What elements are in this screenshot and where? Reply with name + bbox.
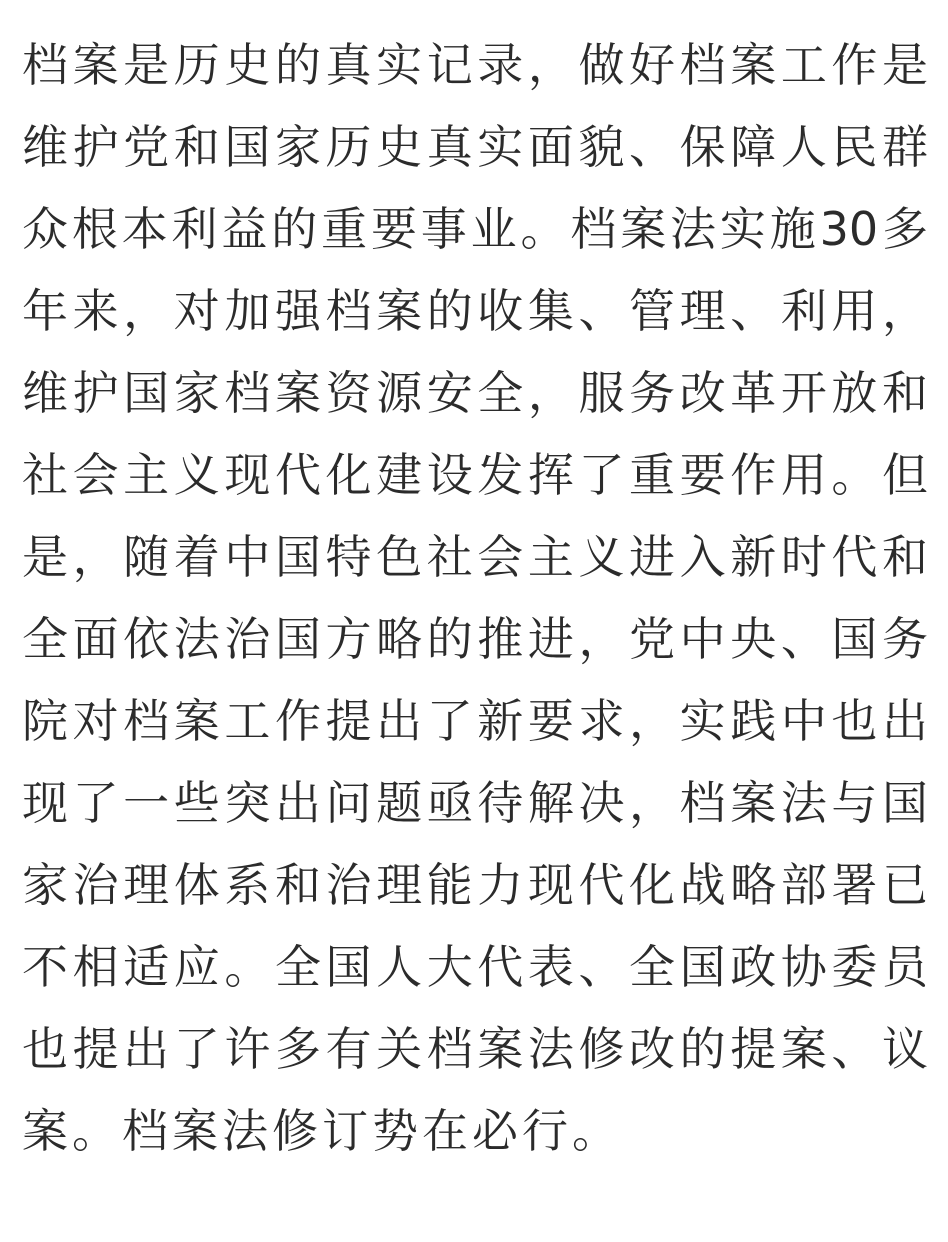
text-line: 院对档案工作提出了新要求，实践中也出 [22, 680, 928, 762]
text-line: 不相适应。全国人大代表、全国政协委员 [22, 926, 928, 1008]
text-line: 档案是历史的真实记录，做好档案工作是 [22, 24, 928, 106]
text-line: 也提出了许多有关档案法修改的提案、议 [22, 1008, 928, 1090]
text-line: 众根本利益的重要事业。档案法实施30多 [22, 188, 928, 270]
text-line: 社会主义现代化建设发挥了重要作用。但 [22, 434, 928, 516]
article-body: 档案是历史的真实记录，做好档案工作是 维护党和国家历史真实面貌、保障人民群 众根… [22, 24, 928, 1172]
text-line-last: 案。档案法修订势在必行。 [22, 1090, 928, 1172]
text-line: 维护国家档案资源安全，服务改革开放和 [22, 352, 928, 434]
text-line: 维护党和国家历史真实面貌、保障人民群 [22, 106, 928, 188]
text-line: 现了一些突出问题亟待解决，档案法与国 [22, 762, 928, 844]
text-line: 全面依法治国方略的推进，党中央、国务 [22, 598, 928, 680]
text-line: 年来，对加强档案的收集、管理、利用， [22, 270, 928, 352]
text-line: 家治理体系和治理能力现代化战略部署已 [22, 844, 928, 926]
text-line: 是，随着中国特色社会主义进入新时代和 [22, 516, 928, 598]
